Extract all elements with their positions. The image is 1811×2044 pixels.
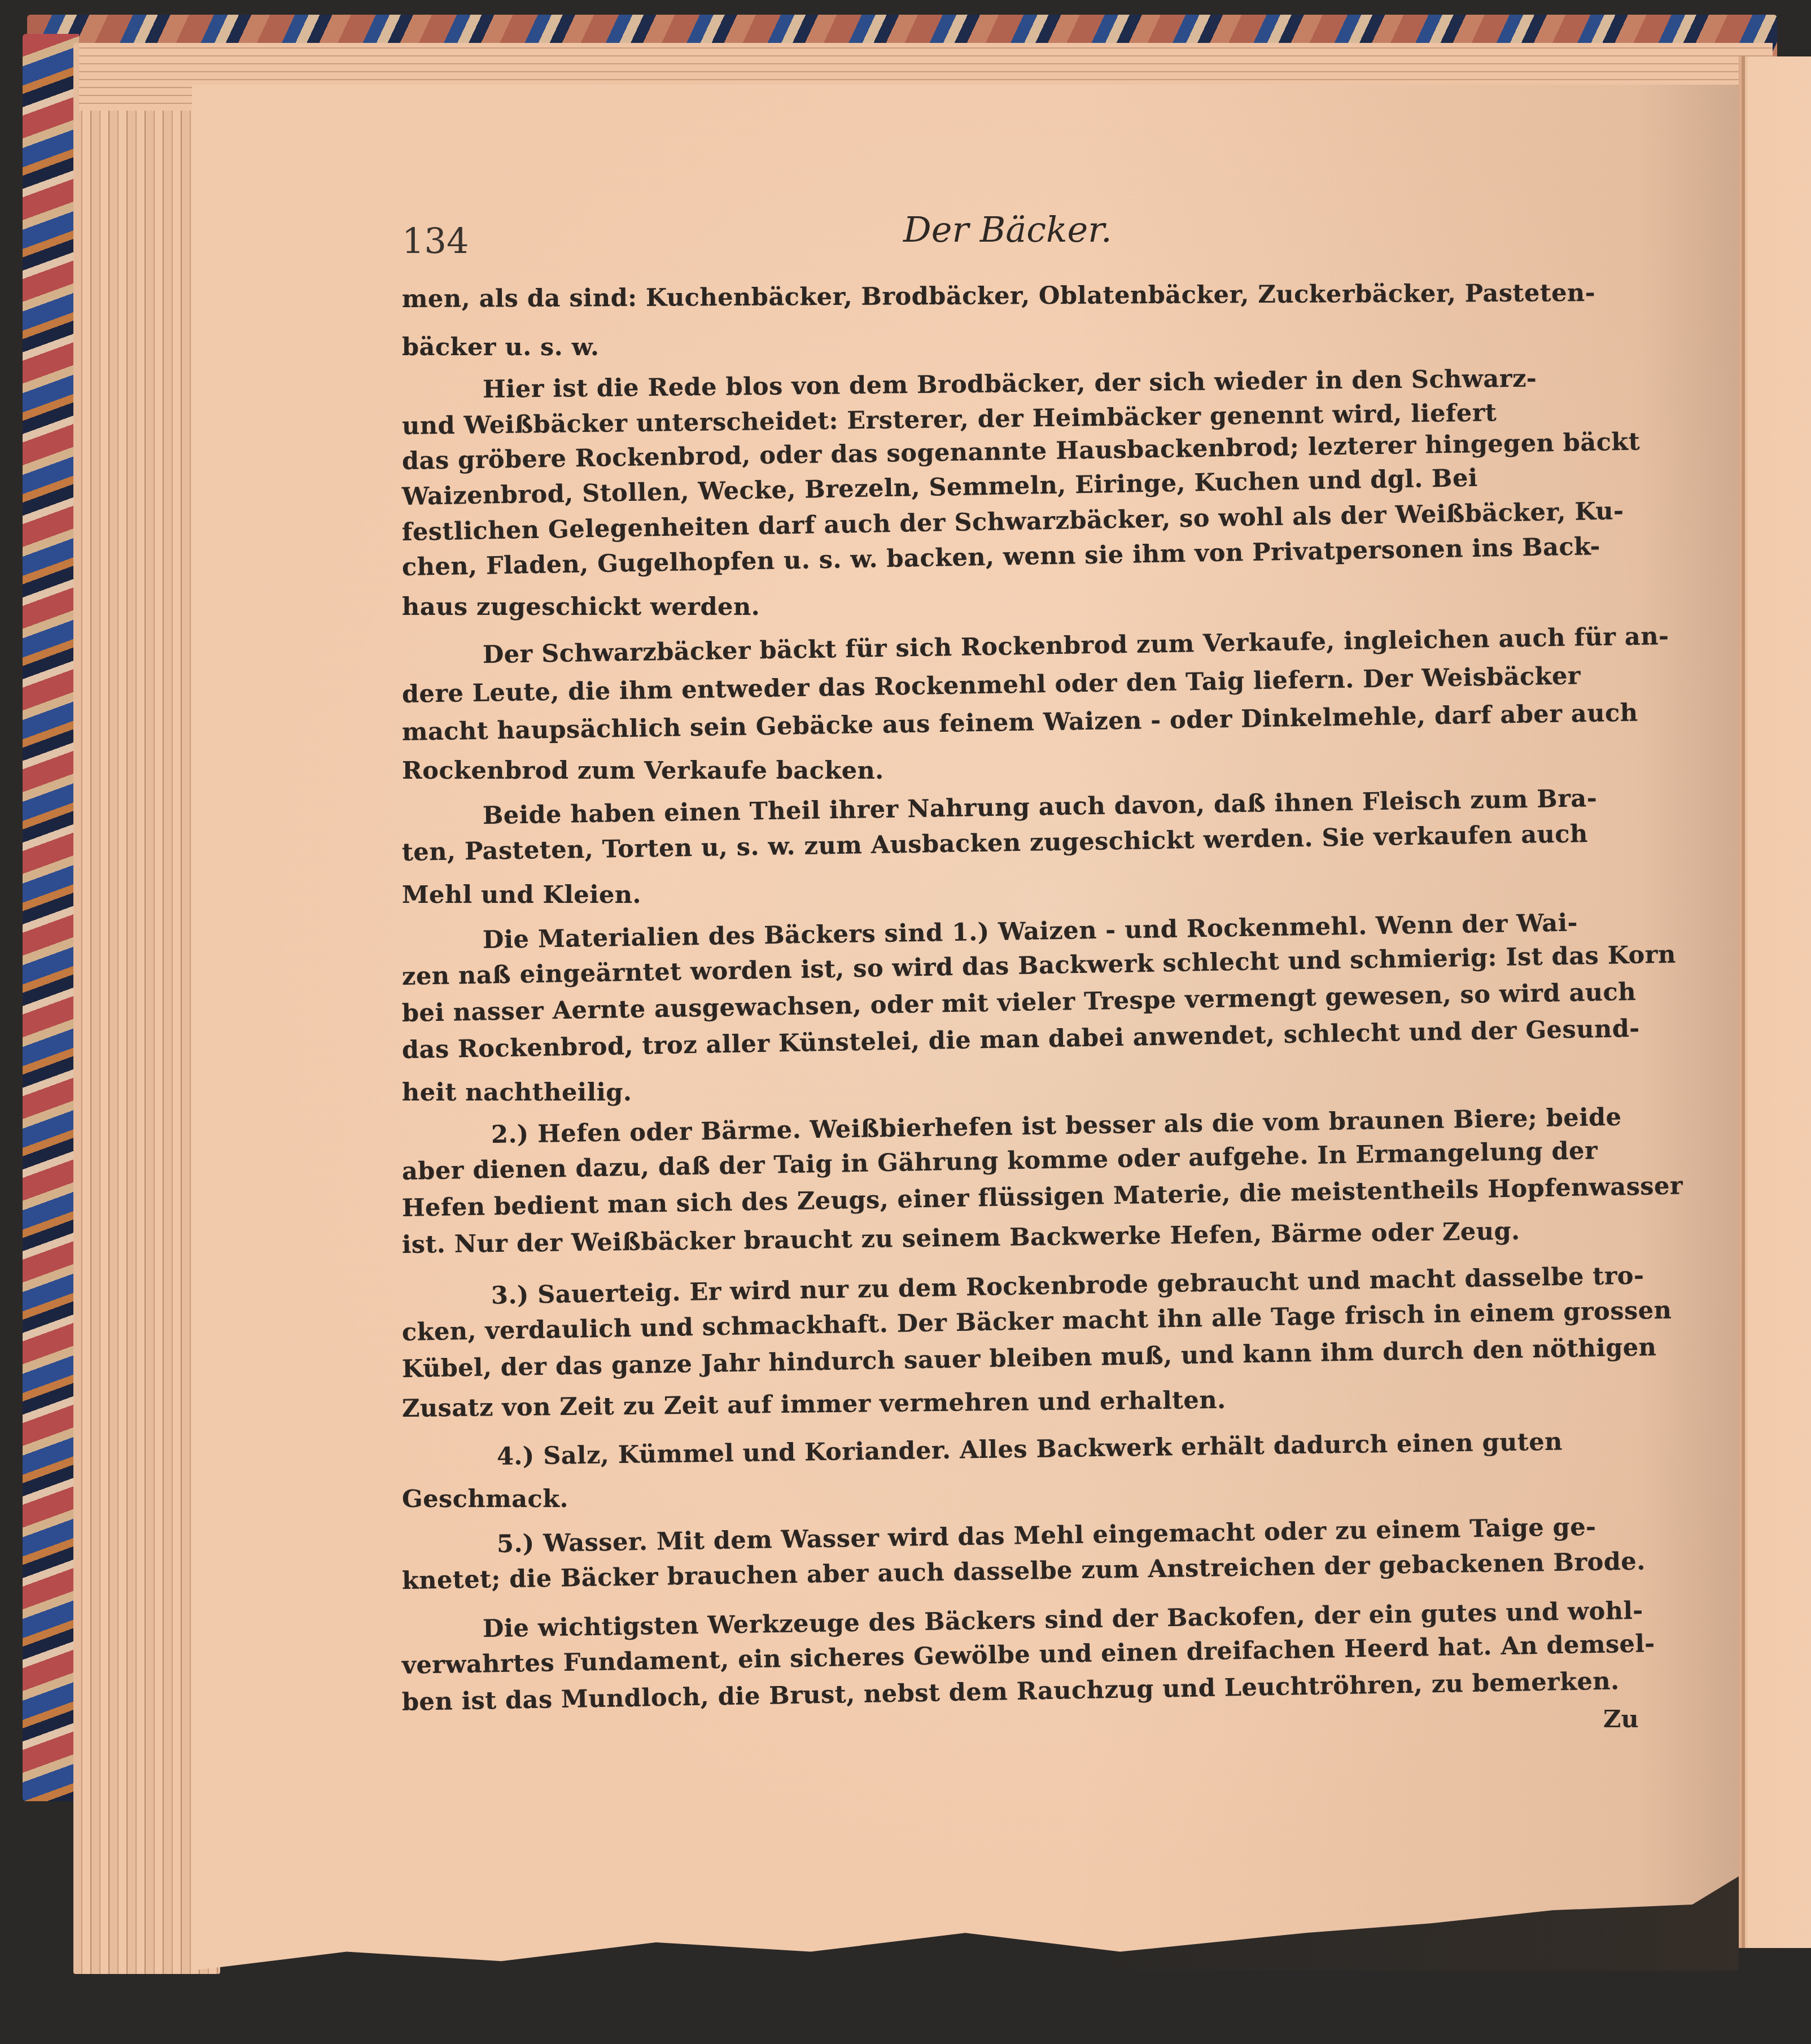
text-line: heit nachtheilig.: [402, 1078, 632, 1107]
text-line: ist. Nur der Weißbäcker braucht zu seine…: [402, 1217, 1520, 1259]
running-head: Der Bäcker.: [903, 209, 1112, 250]
text-line: haus zugeschickt werden.: [402, 593, 760, 621]
text-line: Hier ist die Rede blos von dem Brodbäcke…: [483, 364, 1537, 404]
text-line: men, als da sind: Kuchenbäcker, Brodbäck…: [402, 279, 1595, 313]
text-line: Rockenbrod zum Verkaufe backen.: [402, 757, 884, 785]
page-text: 134 Der Bäcker. men, als da sind: Kuchen…: [0, 0, 1811, 2044]
text-line: macht haupsächlich sein Gebäcke aus fein…: [402, 699, 1638, 746]
page-number: 134: [402, 220, 469, 261]
text-line: Zusatz von Zeit zu Zeit auf immer vermeh…: [402, 1386, 1226, 1423]
catchword: Zu: [1603, 1705, 1639, 1733]
text-line: Der Schwarzbäcker bäckt für sich Rockenb…: [483, 622, 1669, 669]
text-line: Geschmack.: [402, 1485, 568, 1513]
text-line: dere Leute, die ihm entweder das Rockenm…: [402, 662, 1581, 709]
text-line: Mehl und Kleien.: [402, 881, 641, 909]
text-line: 4.) Salz, Kümmel und Koriander. Alles Ba…: [497, 1428, 1563, 1471]
text-line: bäcker u. s. w.: [402, 333, 599, 361]
